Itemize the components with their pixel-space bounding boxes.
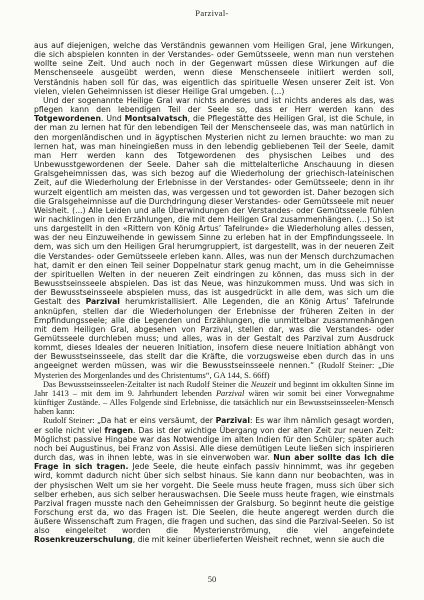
- text-segment: aus auf diejenigen, welche das Verständn…: [34, 41, 394, 96]
- text-segment: Parzival: [216, 416, 250, 425]
- text-segment: Parzival: [216, 389, 244, 398]
- document-page: Parzival- aus auf diejenigen, welche das…: [0, 0, 424, 600]
- text-segment: „Da hat er eins versäumt, der: [97, 416, 216, 425]
- quote-heiliger-gral: Und der sogenannte Heilige Gral war nich…: [34, 96, 394, 380]
- text-segment: fragen: [105, 426, 134, 435]
- page-number: 50: [0, 574, 424, 584]
- editorial-note: Das Bewusstseinsseelen-Zeitalter ist nac…: [34, 380, 394, 417]
- text-segment: Rosenkreuzerschulung: [34, 535, 133, 544]
- text-segment: , die Pflegestätte des Heiligen Gral, is…: [34, 114, 394, 306]
- running-header: Parzival-: [0, 8, 424, 18]
- text-segment: Und der sogenannte Heilige Gral war nich…: [34, 96, 394, 114]
- text-segment: . Und: [101, 114, 125, 123]
- text-segment: Totgewordenen: [34, 114, 101, 123]
- text-segment: Montsalvatsch: [125, 114, 188, 123]
- text-segment: Das Bewusstseinsseelen-Zeitalter ist nac…: [43, 380, 251, 389]
- text-segment: Parzival: [86, 297, 120, 306]
- quote-parzival-frage: Rudolf Steiner: „Da hat er eins versäumt…: [34, 416, 394, 544]
- text-segment: herumkristallisiert. Alle Legenden, die …: [34, 297, 394, 370]
- text-segment: Jede Seele, die heute einfach passiv hin…: [34, 462, 394, 535]
- text-segment: , die mit keiner überlieferten Weisheit …: [133, 535, 385, 544]
- text-segment: Neuzeit: [251, 380, 276, 389]
- quote-grail-continuation: aus auf diejenigen, welche das Verständn…: [34, 41, 394, 96]
- page-body: aus auf diejenigen, welche das Verständn…: [34, 41, 394, 545]
- text-segment: Rudolf Steiner:: [43, 416, 97, 425]
